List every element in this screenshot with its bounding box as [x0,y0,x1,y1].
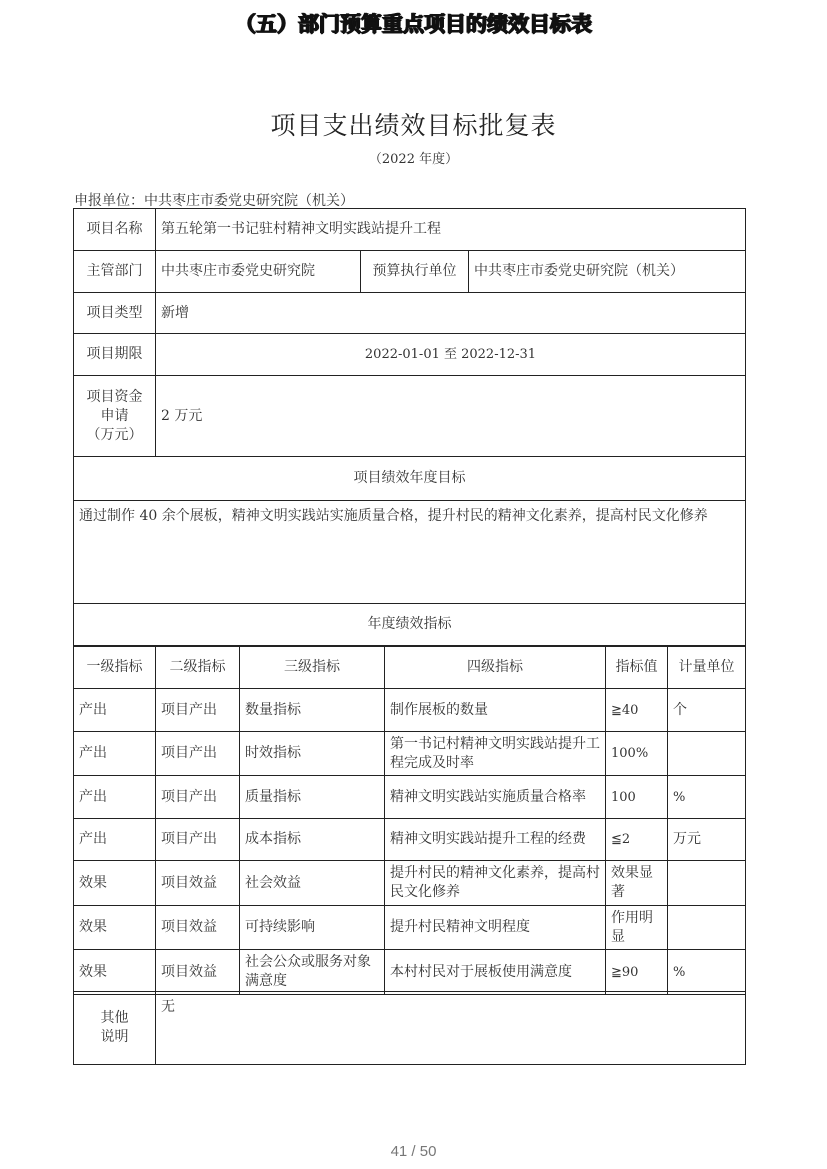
other-notes-label-line-1: 其他 [79,1009,150,1028]
section-heading: （五）部门预算重点项目的绩效目标表 [0,8,827,38]
cell-level4: 提升村民精神文明程度 [385,906,606,950]
col-header-level2: 二级指标 [156,647,240,689]
cell-unit: % [668,776,746,819]
cell-unit: % [668,950,746,995]
cell-level2: 项目产出 [156,689,240,732]
cell-level4: 精神文明实践站提升工程的经费 [385,819,606,861]
row-other-notes: 其他 说明 无 [74,992,746,1065]
project-info-table: 项目名称 第五轮第一书记驻村精神文明实践站提升工程 主管部门 中共枣庄市委党史研… [73,208,746,646]
indicators-heading: 年度绩效指标 [74,604,746,646]
other-notes-label-line-2: 说明 [79,1028,150,1047]
cell-value: 效果显著 [606,861,668,906]
project-name-label: 项目名称 [74,209,156,251]
row-annual-goal-text: 通过制作 40 余个展板，精神文明实践站实施质量合格，提升村民的精神文化素养，提… [74,501,746,604]
cell-level3: 时效指标 [240,732,385,776]
cell-level1: 产出 [74,819,156,861]
other-notes-label: 其他 说明 [74,992,156,1065]
cell-value: ≦2 [606,819,668,861]
reporting-unit: 申报单位：中共枣庄市委党史研究院（机关） [74,190,354,210]
cell-level2: 项目效益 [156,861,240,906]
exec-unit-value: 中共枣庄市委党史研究院（机关） [469,251,746,293]
cell-level3: 数量指标 [240,689,385,732]
cell-unit [668,906,746,950]
row-project-funds: 项目资金 申请 （万元） 2 万元 [74,376,746,457]
page-indicator: 41 / 50 [0,1143,827,1160]
cell-level3: 社会公众或服务对象满意度 [240,950,385,995]
table-row: 产出 项目产出 成本指标 精神文明实践站提升工程的经费 ≦2 万元 [74,819,746,861]
cell-level4: 本村村民对于展板使用满意度 [385,950,606,995]
dept-value: 中共枣庄市委党史研究院 [156,251,361,293]
cell-level1: 效果 [74,950,156,995]
cell-level1: 效果 [74,861,156,906]
cell-level2: 项目效益 [156,950,240,995]
table-row: 效果 项目效益 社会公众或服务对象满意度 本村村民对于展板使用满意度 ≧90 % [74,950,746,995]
dept-label: 主管部门 [74,251,156,293]
table-row: 产出 项目产出 时效指标 第一书记村精神文明实践站提升工程完成及时率 100% [74,732,746,776]
cell-unit: 个 [668,689,746,732]
cell-level1: 产出 [74,776,156,819]
col-header-level1: 一级指标 [74,647,156,689]
period-value: 2022-01-01 至 2022-12-31 [156,334,746,376]
indicators-table: 一级指标 二级指标 三级指标 四级指标 指标值 计量单位 产出 项目产出 数量指… [73,646,746,995]
annual-goal-text: 通过制作 40 余个展板，精神文明实践站实施质量合格，提升村民的精神文化素养，提… [74,501,746,604]
document-year: （2022 年度） [0,148,827,167]
cell-level4: 第一书记村精神文明实践站提升工程完成及时率 [385,732,606,776]
other-notes-table: 其他 说明 无 [73,991,746,1065]
row-department: 主管部门 中共枣庄市委党史研究院 预算执行单位 中共枣庄市委党史研究院（机关） [74,251,746,293]
cell-unit [668,861,746,906]
cell-level4: 提升村民的精神文化素养，提高村民文化修养 [385,861,606,906]
cell-level3: 可持续影响 [240,906,385,950]
cell-level2: 项目产出 [156,776,240,819]
cell-unit [668,732,746,776]
project-name-value: 第五轮第一书记驻村精神文明实践站提升工程 [156,209,746,251]
col-header-value: 指标值 [606,647,668,689]
annual-goal-heading: 项目绩效年度目标 [74,457,746,501]
other-notes-value: 无 [156,992,746,1065]
row-annual-goal-heading: 项目绩效年度目标 [74,457,746,501]
type-value: 新增 [156,293,746,334]
row-project-period: 项目期限 2022-01-01 至 2022-12-31 [74,334,746,376]
cell-value: ≧40 [606,689,668,732]
period-label: 项目期限 [74,334,156,376]
cell-level3: 质量指标 [240,776,385,819]
row-project-name: 项目名称 第五轮第一书记驻村精神文明实践站提升工程 [74,209,746,251]
cell-value: ≧90 [606,950,668,995]
cell-level3: 社会效益 [240,861,385,906]
cell-value: 100 [606,776,668,819]
exec-unit-label: 预算执行单位 [361,251,469,293]
cell-level3: 成本指标 [240,819,385,861]
cell-level1: 产出 [74,689,156,732]
table-row: 效果 项目效益 社会效益 提升村民的精神文化素养，提高村民文化修养 效果显著 [74,861,746,906]
cell-level2: 项目效益 [156,906,240,950]
cell-level2: 项目产出 [156,819,240,861]
cell-value: 作用明显 [606,906,668,950]
col-header-unit: 计量单位 [668,647,746,689]
indicators-header-row: 一级指标 二级指标 三级指标 四级指标 指标值 计量单位 [74,647,746,689]
document-title: 项目支出绩效目标批复表 [0,106,827,142]
table-row: 产出 项目产出 质量指标 精神文明实践站实施质量合格率 100 % [74,776,746,819]
cell-level2: 项目产出 [156,732,240,776]
funds-label-line-3: （万元） [79,426,150,445]
funds-value: 2 万元 [156,376,746,457]
type-label: 项目类型 [74,293,156,334]
cell-level1: 效果 [74,906,156,950]
row-project-type: 项目类型 新增 [74,293,746,334]
funds-label-line-2: 申请 [79,407,150,426]
cell-level4: 制作展板的数量 [385,689,606,732]
cell-unit: 万元 [668,819,746,861]
col-header-level3: 三级指标 [240,647,385,689]
row-indicators-heading: 年度绩效指标 [74,604,746,646]
funds-label: 项目资金 申请 （万元） [74,376,156,457]
funds-label-line-1: 项目资金 [79,388,150,407]
cell-level4: 精神文明实践站实施质量合格率 [385,776,606,819]
col-header-level4: 四级指标 [385,647,606,689]
cell-value: 100% [606,732,668,776]
cell-level1: 产出 [74,732,156,776]
table-row: 效果 项目效益 可持续影响 提升村民精神文明程度 作用明显 [74,906,746,950]
table-row: 产出 项目产出 数量指标 制作展板的数量 ≧40 个 [74,689,746,732]
